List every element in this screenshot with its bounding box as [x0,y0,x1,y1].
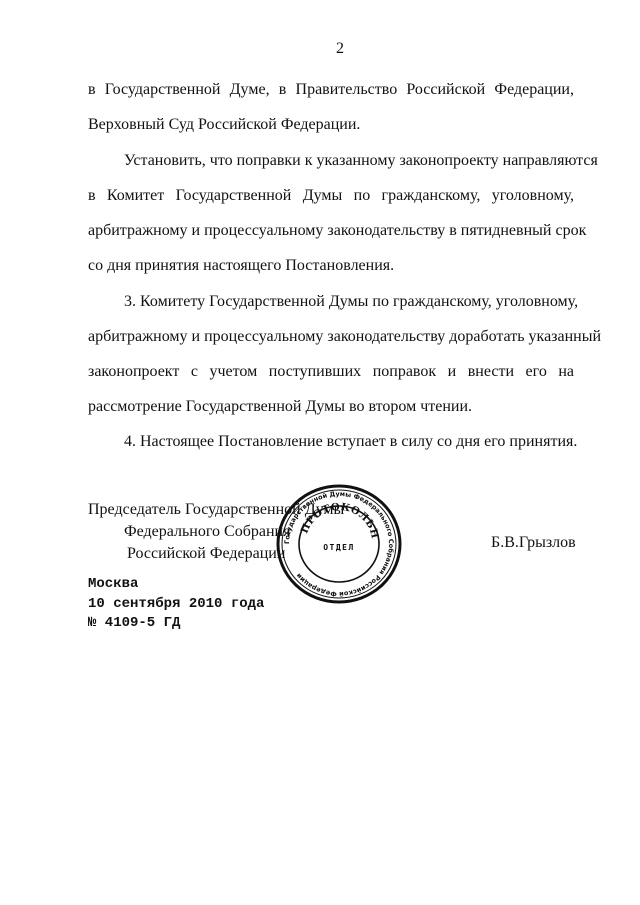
paragraph-line: в Государственной Думе, в Правительство … [88,80,574,100]
paragraph-line: арбитражному и процессуальному законодат… [88,327,574,347]
page-number: 2 [336,40,344,58]
paragraph-line: 4. Настоящее Постановление вступает в си… [124,432,574,452]
city: Москва [88,575,138,593]
paragraph-line: законопроект с учетом поступивших поправ… [88,362,574,382]
paragraph-line: Верховный Суд Российской Федерации. [88,115,574,135]
paragraph-line: рассмотрение Государственной Думы во вто… [88,397,574,417]
document-date: 10 сентября 2010 года [88,595,264,613]
stamp-seal-icon: Государственной Думы Федерального Собран… [276,484,402,604]
official-stamp: Государственной Думы Федерального Собран… [276,484,402,604]
document-number: № 4109-5 ГД [88,614,180,632]
paragraph-line: 3. Комитету Государственной Думы по граж… [124,292,574,312]
svg-text:ОТДЕЛ: ОТДЕЛ [323,543,355,552]
signatory-name: Б.В.Грызлов [491,533,576,553]
paragraph-line: Установить, что поправки к указанному за… [124,151,574,171]
paragraph-line: со дня принятия настоящего Постановления… [88,256,574,276]
paragraph-line: в Комитет Государственной Думы по гражда… [88,186,574,206]
paragraph-line: арбитражному и процессуальному законодат… [88,221,574,241]
signatory-title-line: Федерального Собрания [124,522,290,542]
signatory-title-line: Российской Федерации [127,544,285,564]
